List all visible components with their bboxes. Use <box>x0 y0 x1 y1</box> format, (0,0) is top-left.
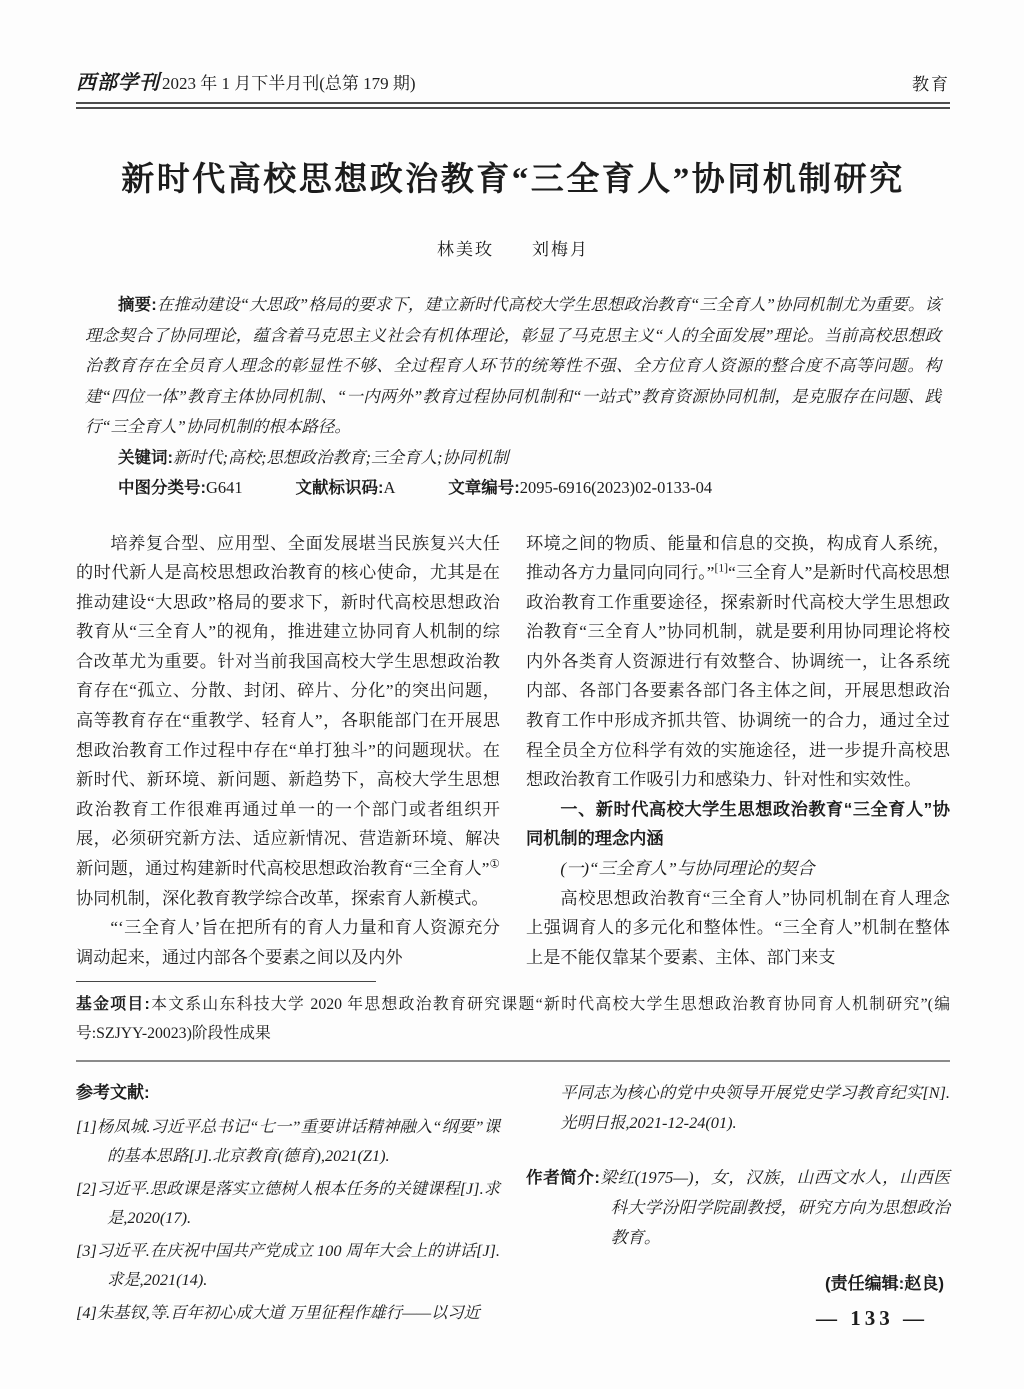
author-bio-text: 梁红(1975—)，女，汉族，山西文水人，山西医科大学汾阳学院副教授，研究方向为… <box>600 1168 950 1247</box>
body-paragraph-2: “‘三全育人’旨在把所有的育人力量和育人资源充分调动起来，通过内部各个要素之间以… <box>76 913 500 972</box>
body-paragraph-3-end: “三全育人”是新时代高校思想政治教育工作重要途径，探索新时代高校大学生思想政治教… <box>526 563 950 789</box>
body-paragraph-1-end: 协同机制，深化教育教学综合改革，探索育人新模式。 <box>76 889 489 908</box>
funding-text: 本文系山东科技大学 2020 年思想政治教育研究课题“新时代高校大学生思想政治教… <box>76 996 950 1042</box>
issue-info: 2023 年 1 月下半月刊(总第 179 期) <box>162 69 416 94</box>
keywords-text: 新时代;高校;思想政治教育;三全育人;协同机制 <box>173 448 508 467</box>
bottom-section-rule <box>76 1060 950 1062</box>
article-id-label: 文章编号: <box>448 479 520 497</box>
keywords-label: 关键词: <box>118 449 173 467</box>
page-number: — 133 — <box>816 1306 928 1331</box>
funding-note: 基金项目:本文系山东科技大学 2020 年思想政治教育研究课题“新时代高校大学生… <box>76 990 950 1048</box>
reference-item-4: [4]朱基钗,等.百年初心成大道 万里征程作雄行——以习近 <box>76 1298 500 1328</box>
header-left: 西部学刊 2023 年 1 月下半月刊(总第 179 期) <box>76 66 416 95</box>
reference-item-1: [1]杨凤城.习近平总书记“七一”重要讲话精神融入“纲要”课的基本思路[J].北… <box>76 1112 500 1171</box>
references-column: 参考文献: [1]杨凤城.习近平总书记“七一”重要讲话精神融入“纲要”课的基本思… <box>76 1078 500 1330</box>
keywords-line: 关键词:新时代;高校;思想政治教育;三全育人;协同机制 <box>85 443 941 474</box>
footnote-separator-rule <box>76 981 376 982</box>
funding-label: 基金项目: <box>76 996 150 1013</box>
body-columns: 培养复合型、应用型、全面发展堪当民族复兴大任的时代新人是高校思想政治教育的核心使… <box>76 529 950 973</box>
article-title: 新时代高校思想政治教育“三全育人”协同机制研究 <box>76 159 950 201</box>
reference-item-2: [2]习近平.思政课是落实立德树人根本任务的关键课程[J].求是,2020(17… <box>76 1174 500 1233</box>
abstract-label: 摘要: <box>118 296 157 314</box>
clc-value: G641 <box>206 478 243 497</box>
bio-column: 平同志为核心的党中央领导开展党史学习教育纪实[N].光明日报,2021-12-2… <box>526 1078 950 1330</box>
journal-page: 西部学刊 2023 年 1 月下半月刊(总第 179 期) 教育 新时代高校思想… <box>0 0 1024 1389</box>
citation-marker-1: [1] <box>714 561 728 574</box>
responsible-editor: (责任编辑:赵良) <box>526 1269 944 1299</box>
body-paragraph-1-text: 培养复合型、应用型、全面发展堪当民族复兴大任的时代新人是高校思想政治教育的核心使… <box>76 534 500 879</box>
abstract-text: 在推动建设“大思政”格局的要求下，建立新时代高校大学生思想政治教育“三全育人”协… <box>85 295 941 436</box>
header-double-rule <box>76 102 950 109</box>
author-bio-label: 作者简介: <box>526 1168 600 1187</box>
left-column: 培养复合型、应用型、全面发展堪当民族复兴大任的时代新人是高校思想政治教育的核心使… <box>76 529 500 973</box>
abstract-block: 摘要:在推动建设“大思政”格局的要求下，建立新时代高校大学生思想政治教育“三全育… <box>76 290 950 504</box>
bottom-columns: 参考文献: [1]杨凤城.习近平总书记“七一”重要讲话精神融入“纲要”课的基本思… <box>76 1078 950 1330</box>
right-column: 环境之间的物质、能量和信息的交换，构成育人系统，推动各方力量同向同行。”[1]“… <box>526 529 950 973</box>
page-header: 西部学刊 2023 年 1 月下半月刊(总第 179 期) 教育 <box>76 66 950 95</box>
article-authors: 林美玫 刘梅月 <box>76 235 950 260</box>
body-paragraph-1: 培养复合型、应用型、全面发展堪当民族复兴大任的时代新人是高校思想政治教育的核心使… <box>76 529 500 914</box>
doc-code-value: A <box>383 478 395 497</box>
clc-label: 中图分类号: <box>118 479 206 497</box>
body-paragraph-4: 高校思想政治教育“三全育人”协同机制在育人理念上强调育人的多元化和整体性。“三全… <box>526 884 950 973</box>
reference-item-3: [3]习近平.在庆祝中国共产党成立 100 周年大会上的讲话[J].求是,202… <box>76 1236 500 1295</box>
reference-item-4-continuation: 平同志为核心的党中央领导开展党史学习教育纪实[N].光明日报,2021-12-2… <box>526 1078 950 1137</box>
doc-code-label: 文献标识码: <box>295 479 383 497</box>
footnote-marker-1: ① <box>489 857 500 870</box>
journal-logo: 西部学刊 <box>76 66 160 95</box>
abstract-paragraph: 摘要:在推动建设“大思政”格局的要求下，建立新时代高校大学生思想政治教育“三全育… <box>85 290 941 443</box>
article-id-value: 2095-6916(2023)02-0133-04 <box>520 478 712 497</box>
section-heading-1: 一、新时代高校大学生思想政治教育“三全育人”协同机制的理念内涵 <box>526 795 950 854</box>
body-paragraph-3: 环境之间的物质、能量和信息的交换，构成育人系统，推动各方力量同向同行。”[1]“… <box>526 529 950 795</box>
meta-line: 中图分类号:G641文献标识码:A文章编号:2095-6916(2023)02-… <box>85 473 941 504</box>
author-bio: 作者简介:梁红(1975—)，女，汉族，山西文水人，山西医科大学汾阳学院副教授，… <box>526 1163 950 1253</box>
subsection-heading-1: (一)“三全育人”与协同理论的契合 <box>526 854 950 884</box>
section-label: 教育 <box>912 70 950 95</box>
references-title: 参考文献: <box>76 1078 500 1108</box>
